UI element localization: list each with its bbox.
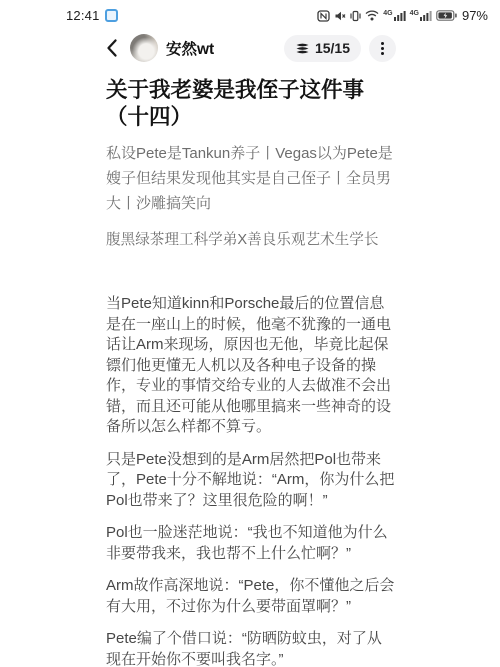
- sim1-signal: 4G: [383, 10, 405, 21]
- vibrate-icon: [350, 10, 361, 22]
- post-description: 私设Pete是Tankun养子丨Vegas以为Pete是嫂子但结果发现他其实是自…: [106, 141, 396, 216]
- post-body: 当Pete知道kinn和Porsche最后的位置信息是在一座山上的时候，他毫不犹…: [106, 294, 396, 667]
- signal-bars-icon: [394, 10, 406, 21]
- wifi-icon: [365, 10, 379, 21]
- chapter-progress-label: 15/15: [315, 40, 350, 56]
- chapter-progress-button[interactable]: 15/15: [284, 35, 361, 62]
- network-type-label: 4G: [410, 10, 419, 17]
- app-screen: 12:41 4G: [0, 0, 500, 667]
- network-type-label: 4G: [383, 10, 392, 17]
- battery-percent: 97%: [462, 8, 488, 23]
- status-left-group: 12:41: [66, 8, 118, 23]
- paragraph: Pol也一脸迷茫地说：“我也不知道他为什么非要带我来，我也帮不上什么忙啊？”: [106, 523, 396, 564]
- clock: 12:41: [66, 8, 100, 23]
- sim2-signal: 4G: [410, 10, 432, 21]
- status-right-group: 4G 4G: [317, 8, 488, 23]
- dot: [381, 42, 384, 45]
- author-name[interactable]: 安然wt: [166, 37, 214, 59]
- more-menu-button[interactable]: [369, 35, 396, 62]
- paragraph: Pete编了个借口说：“防晒防蚊虫，对了从现在开始你不要叫我名字。”: [106, 629, 396, 667]
- nfc-icon: [317, 10, 330, 22]
- status-bar: 12:41 4G: [0, 0, 500, 30]
- post-title: 关于我老婆是我侄子这件事（十四）: [106, 77, 396, 131]
- signal-bars-icon: [420, 10, 432, 21]
- chevron-left-icon: [106, 38, 118, 58]
- pairing-line: 腹黑绿茶理工科学弟X善良乐观艺术生学长: [106, 230, 396, 250]
- screenshot-blue-icon: [105, 9, 118, 22]
- paragraph: Arm故作高深地说：“Pete，你不懂他之后会有大用，不过你为什么要带面罩啊？”: [106, 576, 396, 617]
- dot: [381, 52, 384, 55]
- nav-bar: 安然wt 15/15: [106, 32, 396, 64]
- author-avatar[interactable]: [130, 34, 158, 62]
- paragraph: 只是Pete没想到的是Arm居然把Pol也带来了，Pete十分不解地说：“Arm…: [106, 450, 396, 512]
- stack-layers-icon: [295, 42, 310, 55]
- mute-icon: [334, 10, 346, 22]
- dot: [381, 47, 384, 50]
- paragraph: 当Pete知道kinn和Porsche最后的位置信息是在一座山上的时候，他毫不犹…: [106, 294, 396, 438]
- back-button[interactable]: [106, 36, 124, 60]
- battery-charging-icon: [436, 10, 457, 21]
